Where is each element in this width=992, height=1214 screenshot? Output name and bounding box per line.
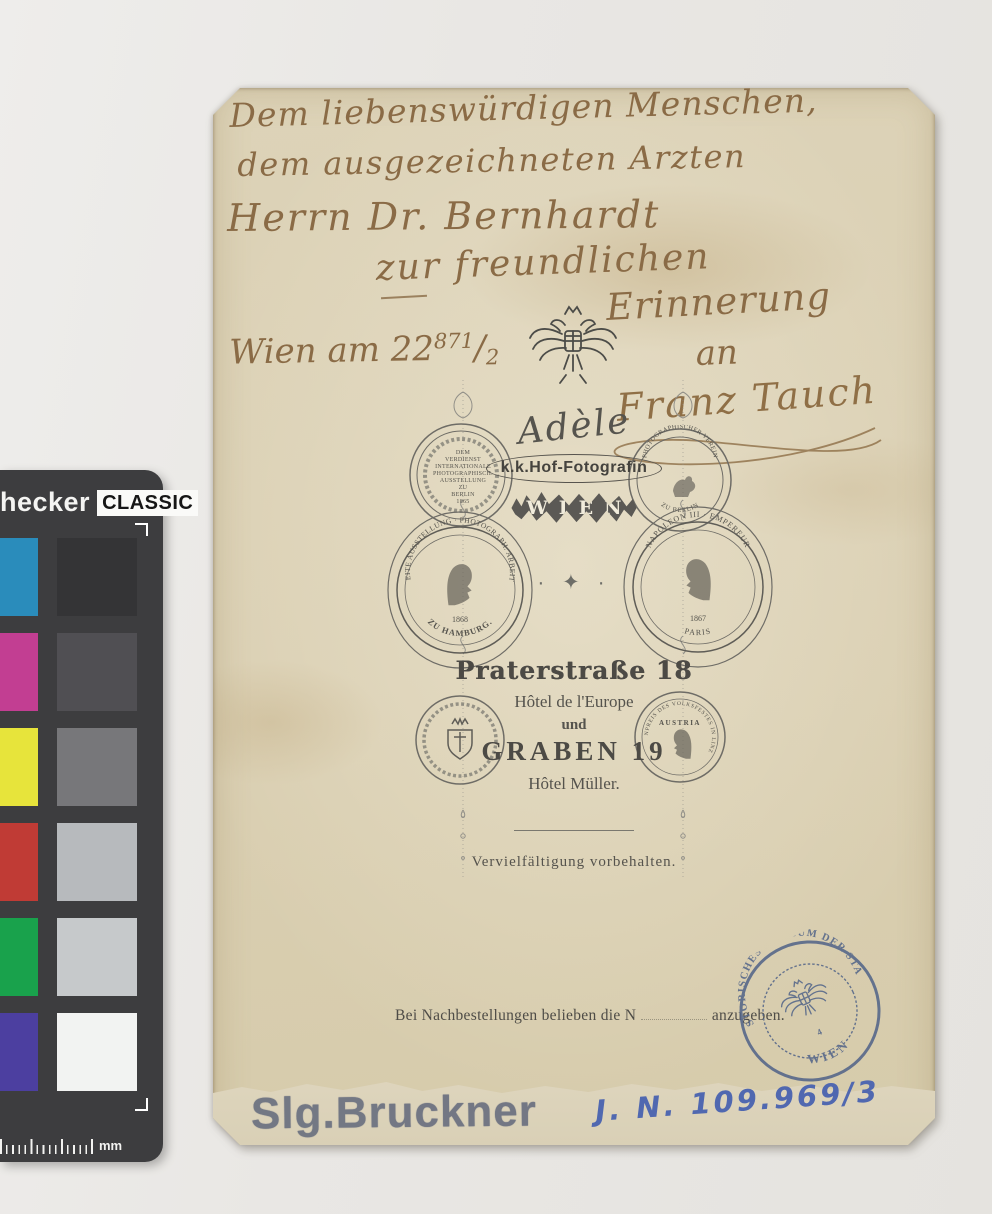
color-patch-row (0, 633, 137, 711)
svg-text:HISTORISCHES MUSEUM DER STADT: HISTORISCHES MUSEUM DER STADT (711, 912, 865, 1034)
color-patch (0, 633, 38, 711)
handwriting-date-year: 871 (434, 328, 475, 354)
reorder-note-text: Bei Nachbestellungen belieben die N (395, 1007, 636, 1025)
gray-patch (57, 823, 137, 901)
cabinet-card-back: Dem liebenswürdigen Menschen, dem ausgez… (213, 88, 935, 1145)
gray-patch (57, 538, 137, 616)
address-line-1-sub: Hôtel de l'Europe (424, 692, 724, 712)
ruler-unit-label: mm (99, 1138, 122, 1153)
medal-napoleon-bottom-inscription: PARIS (684, 626, 713, 637)
medal-hamburg-year: 1868 (452, 615, 468, 624)
color-checker-card: hecker CLASSIC mm (0, 470, 163, 1162)
color-patch (0, 538, 38, 616)
city-name-ornate: WIEN (511, 492, 636, 524)
color-checker-brand-text: hecker (0, 487, 90, 518)
cabinet-card-surface: Dem liebenswürdigen Menschen, dem ausgez… (213, 88, 935, 1145)
color-patch (0, 728, 38, 806)
address-conjunction: und (424, 717, 724, 734)
handwriting-dedication-line3: Herrn Dr. Bernhardt (227, 192, 660, 240)
address-line-2-sub: Hôtel Müller. (424, 774, 724, 794)
color-patch-grid (0, 538, 137, 1108)
color-patch (0, 1013, 38, 1091)
collection-stamp: Slg.Bruckner (251, 1087, 537, 1140)
address-line-1: Praterstraße 18 (424, 656, 724, 685)
museum-stamp-arc-text: HISTORISCHES MUSEUM DER STADT (711, 912, 865, 1034)
color-patch (0, 918, 38, 996)
color-patch-row (0, 1013, 137, 1091)
handwriting-date-month: 2 (486, 344, 500, 369)
color-patch-row (0, 823, 137, 901)
handwriting-date-slash: / (474, 328, 486, 368)
copyright-notice: Vervielfältigung vorbehalten. (424, 854, 724, 871)
registration-corner-mark (135, 523, 148, 536)
registration-corner-mark (135, 1098, 148, 1111)
medal-napoleon-year: 1867 (690, 614, 706, 623)
address-line-2: GRABEN 19 (424, 736, 724, 767)
gray-patch (57, 633, 137, 711)
center-star-ornament: · ✦ · (424, 570, 724, 595)
millimeter-ruler: mm (0, 1136, 130, 1156)
color-patch-row (0, 728, 137, 806)
divider-ornament (514, 830, 634, 831)
ruler-major-ticks (0, 1139, 94, 1154)
museum-stamp-eagle-icon (775, 971, 834, 1023)
handwriting-ink-dash (381, 295, 427, 299)
handwriting-dedication-line4: zur freundlichen (375, 236, 711, 289)
double-eagle-crest-icon (525, 303, 621, 403)
museum-stamp-number: 4 (815, 1026, 824, 1037)
color-checker-label: hecker CLASSIC (0, 487, 198, 518)
handwriting-word-an: an (695, 333, 739, 374)
studio-title-oval: k.k.Hof-Fotografin (486, 454, 663, 483)
gray-patch (57, 1013, 137, 1091)
handwriting-dedication-line2: dem ausgezeichneten Arzten (237, 137, 746, 184)
handwriting-dedication-line1: Dem liebenswürdigen Menschen, (229, 81, 818, 135)
photograph-scene: hecker CLASSIC mm Dem liebenswürdigen Me… (0, 0, 992, 1214)
handwriting-place-text: Wien am 22 (229, 329, 434, 373)
svg-text:PARIS: PARIS (684, 626, 713, 637)
handwriting-dedication-line5: Erinnerung (605, 274, 832, 329)
gray-patch (57, 918, 137, 996)
color-patch (0, 823, 38, 901)
color-patch-row (0, 538, 137, 616)
handwriting-place-date: Wien am 22871/2 (229, 327, 499, 374)
reorder-blank-line (641, 1004, 707, 1020)
gray-patch (57, 728, 137, 806)
color-patch-row (0, 918, 137, 996)
color-checker-classic-badge: CLASSIC (97, 490, 198, 516)
